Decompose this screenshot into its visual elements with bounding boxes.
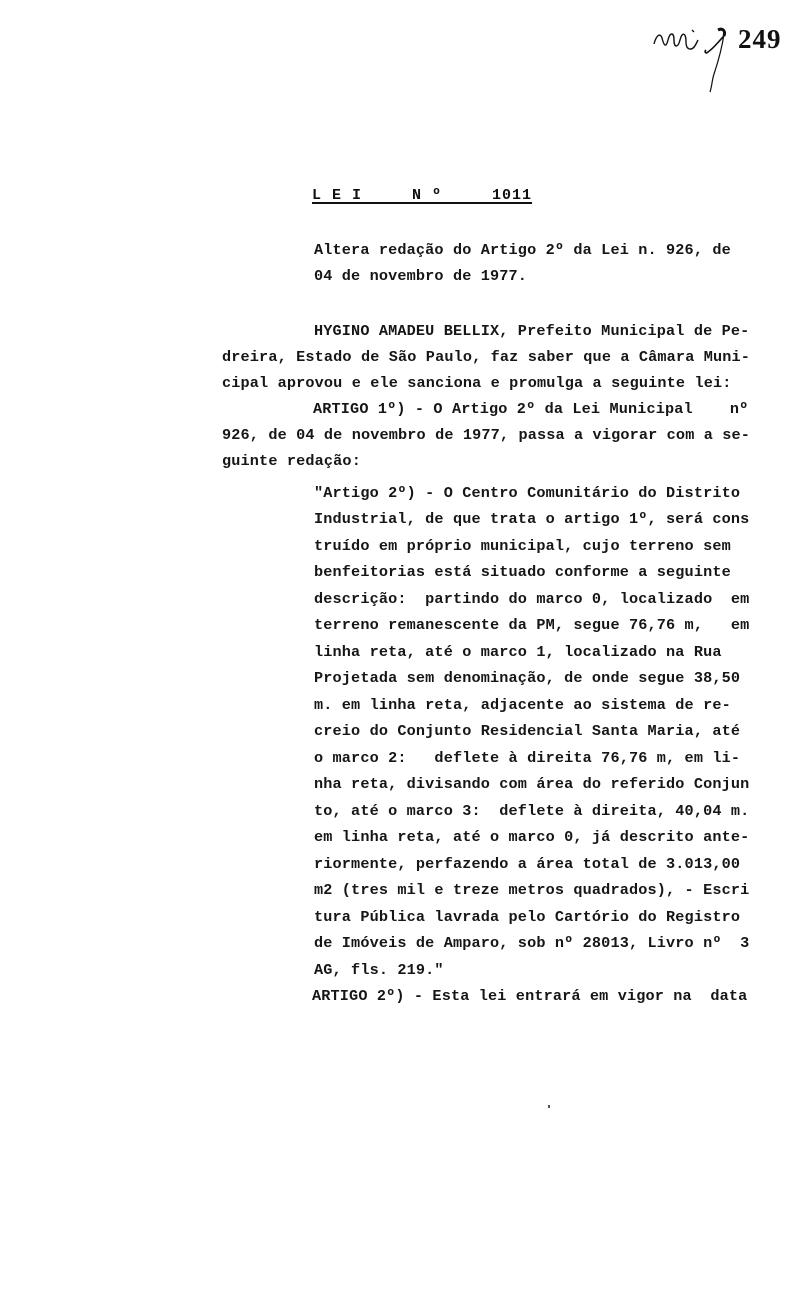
artigo1-line: ARTIGO 1º) - O Artigo 2º da Lei Municipa… (313, 399, 748, 419)
quoted-line: riormente, perfazendo a área total de 3.… (314, 854, 740, 874)
quoted-line: Projetada sem denominação, de onde segue… (314, 668, 740, 688)
quoted-line: truído em próprio municipal, cujo terren… (314, 536, 731, 556)
document-page: 249 L E I N º 1011 Altera redação do Art… (0, 0, 800, 1295)
quoted-line: creio do Conjunto Residencial Santa Mari… (314, 721, 740, 741)
artigo2-line: ARTIGO 2º) - Esta lei entrará em vigor n… (312, 986, 747, 1006)
quoted-line: to, até o marco 3: deflete à direita, 40… (314, 801, 749, 821)
scan-speck (548, 1105, 550, 1108)
quoted-line: m2 (tres mil e treze metros quadrados), … (314, 880, 749, 900)
artigo1-line: 926, de 04 de novembro de 1977, passa a … (222, 425, 750, 445)
page-number: 249 (738, 24, 782, 55)
preamble-line: dreira, Estado de São Paulo, faz saber q… (222, 347, 750, 367)
quoted-line: benfeitorias está situado conforme a seg… (314, 562, 731, 582)
summary-line: 04 de novembro de 1977. (314, 266, 527, 286)
quoted-line: nha reta, divisando com área do referido… (314, 774, 749, 794)
quoted-line: tura Pública lavrada pelo Cartório do Re… (314, 907, 740, 927)
quoted-line: AG, fls. 219." (314, 960, 444, 980)
preamble-line: HYGINO AMADEU BELLIX, Prefeito Municipal… (314, 321, 749, 341)
quoted-line: "Artigo 2º) - O Centro Comunitário do Di… (314, 483, 740, 503)
quoted-line: em linha reta, até o marco 0, já descrit… (314, 827, 749, 847)
quoted-line: m. em linha reta, adjacente ao sistema d… (314, 695, 731, 715)
quoted-line: o marco 2: deflete à direita 76,76 m, em… (314, 748, 740, 768)
quoted-line: terreno remanescente da PM, segue 76,76 … (314, 615, 749, 635)
summary-line: Altera redação do Artigo 2º da Lei n. 92… (314, 240, 731, 260)
page-stamp: 249 (652, 18, 792, 98)
quoted-line: linha reta, até o marco 1, localizado na… (314, 642, 722, 662)
artigo1-line: guinte redação: (222, 451, 361, 471)
preamble-line: cipal aprovou e ele sanciona e promulga … (222, 373, 732, 393)
quoted-line: descrição: partindo do marco 0, localiza… (314, 589, 749, 609)
quoted-line: Industrial, de que trata o artigo 1º, se… (314, 509, 749, 529)
law-title: L E I N º 1011 (312, 187, 532, 204)
quoted-line: de Imóveis de Amparo, sob nº 28013, Livr… (314, 933, 749, 953)
